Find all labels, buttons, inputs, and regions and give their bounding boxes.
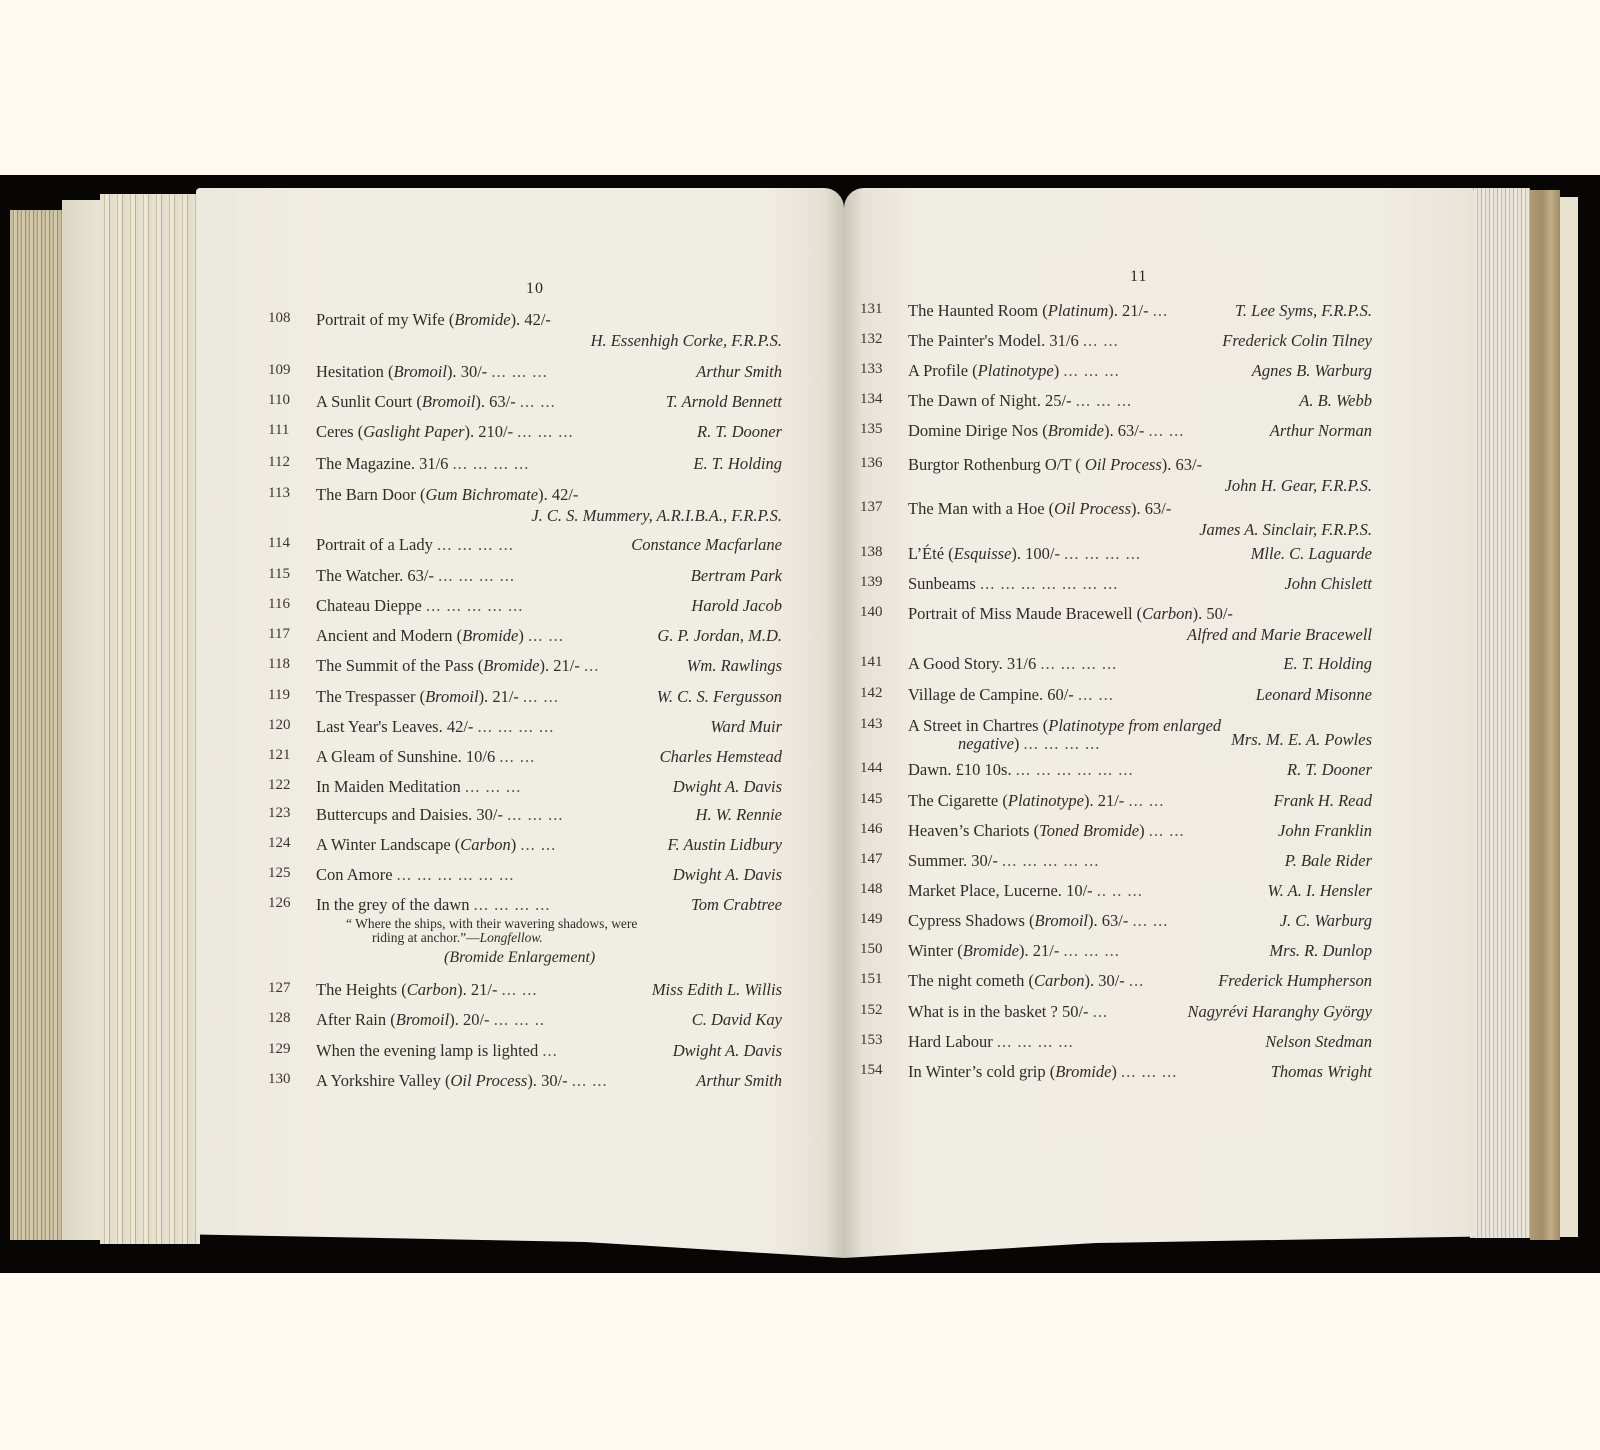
entry-number: 137	[860, 499, 883, 516]
entry-process: Bromide	[454, 310, 510, 329]
entry-number: 149	[860, 911, 883, 928]
entry-title: Village de Campine.	[908, 685, 1043, 704]
entry-price: 21/-	[553, 656, 580, 675]
entry-number: 136	[860, 455, 883, 472]
entry-note: (Bromide Enlargement)	[444, 949, 595, 967]
entry-price: 21/-	[471, 980, 498, 999]
entry-process: Bromoil	[396, 1010, 449, 1029]
entry-title: Buttercups and Daisies.	[316, 805, 472, 824]
entry-title: Winter	[908, 941, 953, 960]
entry-title: Heaven’s Chariots	[908, 821, 1029, 840]
entry-price: 30/-	[541, 1071, 568, 1090]
entry-process: Gaslight Paper	[363, 422, 464, 441]
entry-number: 113	[268, 485, 290, 502]
dot-leader: ... ... ..	[494, 1010, 545, 1029]
entry-artist: J. C. S. Mummery, A.R.I.B.A., F.R.P.S.	[531, 506, 782, 526]
entry-title: Chateau Dieppe	[316, 596, 422, 615]
dot-leader: ... ... ... ...	[437, 535, 514, 554]
entry-title: A Sunlit Court	[316, 392, 412, 411]
entry-artist: E. T. Holding	[1283, 654, 1372, 674]
entry-title-line: The Magazine. 31/6 ... ... ... ...	[316, 454, 529, 474]
dot-leader: ...	[542, 1041, 557, 1060]
entry-title-line: The Man with a Hoe (Oil Process). 63/-	[908, 499, 1171, 519]
entry-artist: Frederick Colin Tilney	[1222, 331, 1372, 351]
entry-artist: J. C. Warburg	[1280, 911, 1372, 931]
entry-number: 119	[268, 687, 290, 704]
entry-process: Bromide	[483, 656, 539, 675]
catalogue-entry: 130A Yorkshire Valley (Oil Process). 30/…	[268, 1071, 782, 1111]
entry-number: 133	[860, 361, 883, 378]
entry-price: 20/-	[463, 1010, 490, 1029]
dot-leader: ... ... ... ...	[474, 895, 551, 914]
entry-process: Bromoil	[425, 687, 478, 706]
entry-title-line: The Watcher. 63/- ... ... ... ...	[316, 566, 515, 586]
catalogue-entry: 137The Man with a Hoe (Oil Process). 63/…	[860, 499, 1372, 539]
entry-title-line: Heaven’s Chariots (Toned Bromide) ... ..…	[908, 821, 1185, 841]
entry-artist: Agnes B. Warburg	[1252, 361, 1372, 381]
entry-title-line: Burgtor Rothenburg O/T ( Oil Process). 6…	[908, 455, 1202, 475]
entry-artist: Arthur Smith	[696, 1071, 782, 1091]
dot-leader: ... ...	[520, 392, 556, 411]
entry-artist: Mrs. M. E. A. Powles	[1231, 730, 1372, 750]
entry-title: Portrait of my Wife	[316, 310, 445, 329]
entry-number: 143	[860, 716, 883, 733]
entry-process: Bromide	[462, 626, 518, 645]
entry-title-line: What is in the basket ? 50/- ...	[908, 1002, 1108, 1022]
entry-artist: Mrs. R. Dunlop	[1269, 941, 1372, 961]
entry-title: Hesitation	[316, 362, 384, 381]
entry-artist: Frederick Humpherson	[1218, 971, 1372, 991]
dot-leader: .. .. ...	[1097, 881, 1143, 900]
page-number-left: 10	[526, 280, 544, 298]
entry-number: 112	[268, 454, 290, 471]
entry-title-line: The Barn Door (Gum Bichromate). 42/-	[316, 485, 578, 505]
dot-leader: ... ... ... ... ... ...	[397, 865, 515, 884]
entry-title: A Gleam of Sunshine.	[316, 747, 462, 766]
entry-title-line: A Winter Landscape (Carbon) ... ...	[316, 835, 556, 855]
dot-leader: ... ... ... ...	[478, 717, 555, 736]
entry-title: A Profile	[908, 361, 968, 380]
entry-title: When the evening lamp is lighted	[316, 1041, 538, 1060]
entry-title-line: Hard Labour ... ... ... ...	[908, 1032, 1074, 1052]
entry-process: Bromide	[1048, 421, 1104, 440]
dot-leader: ... ...	[523, 687, 559, 706]
dot-leader: ... ... ...	[507, 805, 563, 824]
entry-artist: Tom Crabtree	[691, 895, 782, 915]
entry-title: Con Amore	[316, 865, 393, 884]
entry-price: 50/-	[1062, 1002, 1089, 1021]
entry-artist: T. Arnold Bennett	[666, 392, 782, 412]
entry-title-line: A Profile (Platinotype) ... ... ...	[908, 361, 1120, 381]
catalogue-entry: 126In the grey of the dawn ... ... ... .…	[268, 895, 782, 935]
entry-price: 30/-	[476, 805, 503, 824]
entry-price: £10 10s.	[956, 760, 1012, 779]
entry-price: 30/-	[971, 851, 998, 870]
entry-number: 139	[860, 574, 883, 591]
entry-title: The Magazine.	[316, 454, 415, 473]
entry-title: Cypress Shadows	[908, 911, 1025, 930]
entry-artist: Mlle. C. Laguarde	[1251, 544, 1372, 564]
entry-title: Sunbeams	[908, 574, 976, 593]
entry-title: Portrait of a Lady	[316, 535, 433, 554]
entry-number: 154	[860, 1062, 883, 1079]
entry-title: L’Été	[908, 544, 944, 563]
catalogue-entry: 136Burgtor Rothenburg O/T ( Oil Process)…	[860, 455, 1372, 495]
entry-price: 31/6	[419, 454, 448, 473]
entry-artist: W. A. I. Hensler	[1268, 881, 1373, 901]
entry-price: 63/-	[1102, 911, 1129, 930]
entry-artist: F. Austin Lidbury	[668, 835, 782, 855]
entry-title-line: After Rain (Bromoil). 20/- ... ... ..	[316, 1010, 545, 1030]
entry-title: Hard Labour	[908, 1032, 993, 1051]
entry-title: Ceres	[316, 422, 354, 441]
entry-artist: Dwight A. Davis	[673, 1041, 782, 1061]
entry-title-line: Summer. 30/- ... ... ... ... ...	[908, 851, 1099, 871]
catalogue-entry: 113The Barn Door (Gum Bichromate). 42/-J…	[268, 485, 782, 525]
entry-artist: W. C. S. Fergusson	[657, 687, 782, 707]
entry-artist: R. T. Dooner	[697, 422, 782, 442]
entry-number: 147	[860, 851, 883, 868]
dot-leader: ... ...	[1128, 791, 1164, 810]
entry-process: Bromoil	[1035, 911, 1088, 930]
entry-artist: T. Lee Syms, F.R.P.S.	[1235, 301, 1372, 321]
entry-title-line: A Sunlit Court (Bromoil). 63/- ... ...	[316, 392, 556, 412]
entry-title-line: Village de Campine. 60/- ... ...	[908, 685, 1114, 705]
dot-leader: ...	[1093, 1002, 1108, 1021]
dot-leader: ... ... ... ...	[1024, 734, 1101, 753]
entry-number: 122	[268, 777, 291, 794]
dot-leader: ... ... ... ...	[438, 566, 515, 585]
entry-title-line: The Trespasser (Bromoil). 21/- ... ...	[316, 687, 559, 707]
dot-leader: ... ... ... ... ...	[1002, 851, 1099, 870]
entry-number: 145	[860, 791, 883, 808]
entry-number: 123	[268, 805, 291, 822]
entry-process: Oil Process	[1054, 499, 1131, 518]
entry-title: The Painter's Model.	[908, 331, 1045, 350]
entry-number: 110	[268, 392, 290, 409]
entry-process: Carbon	[1142, 604, 1192, 623]
entry-number: 130	[268, 1071, 291, 1088]
entry-price: 63/-	[407, 566, 434, 585]
page-number-right: 11	[1130, 268, 1147, 286]
entry-number: 140	[860, 604, 883, 621]
entry-title-line: Cypress Shadows (Bromoil). 63/- ... ...	[908, 911, 1168, 931]
entry-artist: Constance Macfarlane	[631, 535, 782, 555]
entry-process-cont: negative	[958, 734, 1014, 753]
entry-number: 128	[268, 1010, 291, 1027]
entry-price: 30/-	[461, 362, 488, 381]
entry-title: A Yorkshire Valley	[316, 1071, 441, 1090]
entry-artist: Frank H. Read	[1273, 791, 1372, 811]
entry-number: 114	[268, 535, 290, 552]
entry-title-line: The night cometh (Carbon). 30/- ...	[908, 971, 1144, 991]
dot-leader: ... ...	[520, 835, 556, 854]
entry-title: A Winter Landscape	[316, 835, 451, 854]
entry-price: 63/-	[1145, 499, 1172, 518]
dot-leader: ... ...	[1148, 421, 1184, 440]
entry-price: 21/-	[1098, 791, 1125, 810]
dot-leader: ... ... ...	[1063, 361, 1119, 380]
entry-artist: R. T. Dooner	[1287, 760, 1372, 780]
dot-leader: ... ... ...	[517, 422, 573, 441]
entry-number: 141	[860, 654, 883, 671]
entry-title: The Heights	[316, 980, 397, 999]
dot-leader: ... ... ...	[1063, 941, 1119, 960]
entry-artist: Arthur Norman	[1270, 421, 1372, 441]
left-page-stack-edge	[10, 210, 65, 1240]
entry-title-line: The Haunted Room (Platinum). 21/- ...	[908, 301, 1168, 321]
entry-title-line: A Street in Chartres (Platinotype from e…	[908, 716, 1221, 736]
entry-title-line: Domine Dirige Nos (Bromide). 63/- ... ..…	[908, 421, 1184, 441]
dot-leader: ... ...	[502, 980, 538, 999]
entry-artist: P. Bale Rider	[1285, 851, 1372, 871]
entry-process: Carbon	[407, 980, 457, 999]
entry-title-line: A Yorkshire Valley (Oil Process). 30/- .…	[316, 1071, 608, 1091]
entry-number: 153	[860, 1032, 883, 1049]
entry-price: 31/6	[1049, 331, 1078, 350]
entry-title-line: Portrait of Miss Maude Bracewell (Carbon…	[908, 604, 1233, 624]
entry-number: 126	[268, 895, 291, 912]
entry-price: 60/-	[1047, 685, 1074, 704]
entry-process: Bromoil	[393, 362, 446, 381]
entry-title: In the grey of the dawn	[316, 895, 470, 914]
entry-process: Platinotype	[978, 361, 1054, 380]
right-cover-board	[1560, 197, 1578, 1237]
entry-number: 129	[268, 1041, 291, 1058]
catalogue-entry: 143A Street in Chartres (Platinotype fro…	[860, 716, 1372, 756]
entry-title: What is in the basket ?	[908, 1002, 1058, 1021]
entry-number: 111	[268, 422, 289, 439]
entry-process: Bromoil	[422, 392, 475, 411]
entry-title: A Good Story.	[908, 654, 1003, 673]
entry-title: The Dawn of Night.	[908, 391, 1041, 410]
entry-artist: C. David Kay	[692, 1010, 782, 1030]
entry-number: 118	[268, 656, 290, 673]
entry-number: 152	[860, 1002, 883, 1019]
entry-price: 42/-	[524, 310, 551, 329]
entry-title: In Maiden Meditation	[316, 777, 461, 796]
entry-artist: James A. Sinclair, F.R.P.S.	[1199, 520, 1372, 540]
entry-number: 108	[268, 310, 291, 327]
entry-artist: Arthur Smith	[696, 362, 782, 382]
entry-title: Ancient and Modern	[316, 626, 453, 645]
left-page-block-edge	[100, 194, 200, 1244]
entry-artist: John H. Gear, F.R.P.S.	[1225, 476, 1372, 496]
dot-leader: ... ... ... ...	[1064, 544, 1141, 563]
entry-title: The Barn Door	[316, 485, 416, 504]
entry-process: Platinotype	[1008, 791, 1084, 810]
entry-number: 131	[860, 301, 883, 318]
entry-artist: Dwight A. Davis	[673, 777, 782, 797]
dot-leader: ... ... ...	[1076, 391, 1132, 410]
entry-number: 115	[268, 566, 290, 583]
dot-leader: ... ...	[1149, 821, 1185, 840]
entry-artist: H. W. Rennie	[696, 805, 782, 825]
entry-process: Oil Process	[1081, 455, 1162, 474]
quote-line-1: “ Where the ships, with their wavering s…	[346, 917, 637, 931]
entry-number: 120	[268, 717, 291, 734]
entry-artist: E. T. Holding	[693, 454, 782, 474]
entry-title-line: L’Été (Esquisse). 100/- ... ... ... ...	[908, 544, 1141, 564]
entry-title-line: Hesitation (Bromoil). 30/- ... ... ...	[316, 362, 548, 382]
dot-leader: ... ... ... ...	[1040, 654, 1117, 673]
left-flyleaf-edge	[62, 200, 102, 1240]
entry-number: 144	[860, 760, 883, 777]
dot-leader: ...	[1153, 301, 1168, 320]
entry-title-line: Ceres (Gaslight Paper). 210/- ... ... ..…	[316, 422, 574, 442]
entry-artist: Nagyrévi Haranghy György	[1187, 1002, 1372, 1022]
entry-number: 132	[860, 331, 883, 348]
catalogue-entry: 140Portrait of Miss Maude Bracewell (Car…	[860, 604, 1372, 644]
dot-leader: ... ... ... ...	[453, 454, 530, 473]
entry-artist: Nelson Stedman	[1265, 1032, 1372, 1052]
entry-artist: Harold Jacob	[691, 596, 782, 616]
entry-title-line: The Summit of the Pass (Bromide). 21/- .…	[316, 656, 599, 676]
entry-process: Carbon	[460, 835, 510, 854]
entry-title: The night cometh	[908, 971, 1024, 990]
entry-artist: John Franklin	[1278, 821, 1372, 841]
entry-artist: Dwight A. Davis	[673, 865, 782, 885]
entry-title: Dawn.	[908, 760, 952, 779]
epigraph-quote: “ Where the ships, with their wavering s…	[346, 917, 637, 945]
entry-number: 135	[860, 421, 883, 438]
entry-title: Burgtor Rothenburg O/T	[908, 455, 1071, 474]
dot-leader: ... ... ...	[491, 362, 547, 381]
entry-number: 146	[860, 821, 883, 838]
dot-leader: ... ... ... ... ...	[426, 596, 523, 615]
entry-artist: A. B. Webb	[1299, 391, 1372, 411]
entry-title-line: The Dawn of Night. 25/- ... ... ...	[908, 391, 1132, 411]
entry-title: A Street in Chartres	[908, 716, 1039, 735]
entry-title: Portrait of Miss Maude Bracewell	[908, 604, 1133, 623]
entry-title-line: When the evening lamp is lighted ...	[316, 1041, 558, 1061]
quote-text: riding at anchor.”—	[372, 930, 480, 945]
entry-price: 63/-	[1118, 421, 1145, 440]
entry-title-line: Portrait of my Wife (Bromide). 42/-	[316, 310, 551, 330]
entry-title-line: A Good Story. 31/6 ... ... ... ...	[908, 654, 1117, 674]
entry-title: The Man with a Hoe	[908, 499, 1045, 518]
entry-price: 50/-	[1206, 604, 1233, 623]
quote-line-2: riding at anchor.”—Longfellow.	[346, 931, 637, 945]
entry-price: 210/-	[478, 422, 513, 441]
dot-leader: ... ...	[1083, 331, 1119, 350]
entry-title-line: Sunbeams ... ... ... ... ... ... ...	[908, 574, 1118, 594]
entry-title: Domine Dirige Nos	[908, 421, 1038, 440]
entry-process: Bromide	[1055, 1062, 1111, 1081]
entry-title-line: Buttercups and Daisies. 30/- ... ... ...	[316, 805, 563, 825]
entry-title: The Cigarette	[908, 791, 998, 810]
entry-number: 142	[860, 685, 883, 702]
entry-title-line: The Heights (Carbon). 21/- ... ...	[316, 980, 538, 1000]
entry-process: Esquisse	[954, 544, 1012, 563]
entry-number: 109	[268, 362, 291, 379]
entry-process: Platinotype from enlarged	[1048, 716, 1221, 735]
entry-price: 21/-	[492, 687, 519, 706]
entry-title-line: The Cigarette (Platinotype). 21/- ... ..…	[908, 791, 1164, 811]
right-page-block-edge	[1470, 188, 1530, 1238]
entry-artist: Miss Edith L. Willis	[652, 980, 782, 1000]
entry-title-line: Chateau Dieppe ... ... ... ... ...	[316, 596, 523, 616]
entry-number: 127	[268, 980, 291, 997]
dot-leader: ... ...	[1132, 911, 1168, 930]
dot-leader: ... ... ... ...	[997, 1032, 1074, 1051]
entry-price: 100/-	[1025, 544, 1060, 563]
entry-artist: H. Essenhigh Corke, F.R.P.S.	[591, 331, 782, 351]
entry-price: 63/-	[1176, 455, 1203, 474]
entry-title: Summer.	[908, 851, 967, 870]
entry-title: Market Place, Lucerne.	[908, 881, 1062, 900]
entry-price: 21/-	[1033, 941, 1060, 960]
dot-leader: ... ... ...	[1121, 1062, 1177, 1081]
entry-number: 116	[268, 596, 290, 613]
entry-number: 138	[860, 544, 883, 561]
entry-process: Carbon	[1034, 971, 1084, 990]
catalogue-entry: 108Portrait of my Wife (Bromide). 42/-H.…	[268, 310, 782, 350]
entry-title-line: Market Place, Lucerne. 10/- .. .. ...	[908, 881, 1143, 901]
entry-title-line: Ancient and Modern (Bromide) ... ...	[316, 626, 564, 646]
dot-leader: ... ... ... ... ... ...	[1016, 760, 1134, 779]
entry-number: 117	[268, 626, 290, 643]
entry-title: The Summit of the Pass	[316, 656, 474, 675]
entry-title-line: The Painter's Model. 31/6 ... ...	[908, 331, 1119, 351]
entry-title: In Winter’s cold grip	[908, 1062, 1046, 1081]
entry-title-line: A Gleam of Sunshine. 10/6 ... ...	[316, 747, 535, 767]
entry-price: 63/-	[489, 392, 516, 411]
entry-title-line: In Maiden Meditation ... ... ...	[316, 777, 521, 797]
entry-artist: Leonard Misonne	[1256, 685, 1372, 705]
entry-artist: G. P. Jordan, M.D.	[657, 626, 782, 646]
entry-process: Gum Bichromate	[426, 485, 539, 504]
quote-author: Longfellow.	[480, 930, 543, 945]
entry-title-line: In Winter’s cold grip (Bromide) ... ... …	[908, 1062, 1177, 1082]
entry-title-line: Winter (Bromide). 21/- ... ... ...	[908, 941, 1120, 961]
entry-price: 25/-	[1045, 391, 1072, 410]
dot-leader: ... ... ...	[465, 777, 521, 796]
entry-title-line: Portrait of a Lady ... ... ... ...	[316, 535, 514, 555]
right-page-stack-edge	[1530, 190, 1560, 1240]
entry-process: Platinum	[1048, 301, 1109, 320]
dot-leader: ... ... ... ... ... ... ...	[980, 574, 1118, 593]
dot-leader: ... ...	[499, 747, 535, 766]
entry-title: The Haunted Room	[908, 301, 1038, 320]
left-page: 10 108Portrait of my Wife (Bromide). 42/…	[196, 188, 844, 1258]
entry-price: 10/6	[466, 747, 495, 766]
entry-title-line: Con Amore ... ... ... ... ... ...	[316, 865, 515, 885]
entry-artist: Alfred and Marie Bracewell	[1187, 625, 1372, 645]
entry-title-line: In the grey of the dawn ... ... ... ...	[316, 895, 551, 915]
entry-title-line: Dawn. £10 10s. ... ... ... ... ... ...	[908, 760, 1134, 780]
dot-leader: ... ...	[572, 1071, 608, 1090]
entry-number: 134	[860, 391, 883, 408]
catalogue-entry: 154In Winter’s cold grip (Bromide) ... .…	[860, 1062, 1372, 1102]
entry-title: The Watcher.	[316, 566, 403, 585]
dot-leader: ...	[584, 656, 599, 675]
entry-title: Last Year's Leaves.	[316, 717, 443, 736]
entry-number: 151	[860, 971, 883, 988]
entry-price: 10/-	[1066, 881, 1093, 900]
entry-title-line: Last Year's Leaves. 42/- ... ... ... ...	[316, 717, 554, 737]
entry-process: Toned Bromide	[1039, 821, 1139, 840]
entry-number: 121	[268, 747, 291, 764]
entry-process: Oil Process	[450, 1071, 527, 1090]
right-page: 11 131The Haunted Room (Platinum). 21/- …	[844, 188, 1474, 1258]
entry-artist: Ward Muir	[710, 717, 782, 737]
dot-leader: ...	[1129, 971, 1144, 990]
dot-leader: ... ...	[1078, 685, 1114, 704]
entry-artist: Thomas Wright	[1271, 1062, 1372, 1082]
entry-title: After Rain	[316, 1010, 386, 1029]
entry-title: The Trespasser	[316, 687, 415, 706]
